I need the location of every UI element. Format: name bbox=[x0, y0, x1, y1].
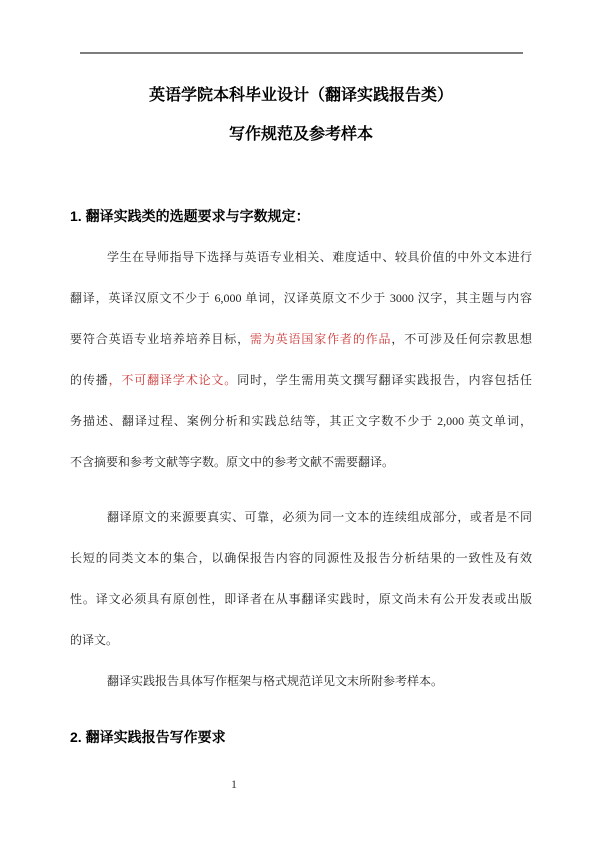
text-line: 翻译，英译汉原文不少于 6,000 单词，汉译英原文不少于 3000 汉字，其主… bbox=[70, 278, 532, 319]
section-1-heading: 1. 翻译实践类的选题要求与字数规定： bbox=[70, 205, 532, 227]
emphasis-red-text: 需为英语国家作者的作品 bbox=[250, 332, 391, 346]
emphasis-red-text: ，不可翻译学术论文。 bbox=[109, 373, 238, 387]
text-line: 要符合英语专业培养培养目标，需为英语国家作者的作品，不可涉及任何宗教思想 bbox=[70, 319, 532, 360]
text-line: 务描述、翻译过程、案例分析和实践总结等，其正文字数不少于 2,000 英文单词， bbox=[70, 401, 532, 442]
text-line: 性。译文必须具有原创性，即译者在从事翻译实践时，原文尚未有公开发表或出版 bbox=[70, 579, 532, 620]
header-rule bbox=[80, 52, 523, 54]
paragraph: 翻译原文的来源要真实、可靠，必须为同一文本的连续组成部分，或者是不同长短的同类文… bbox=[70, 497, 532, 661]
section-1-body: 学生在导师指导下选择与英语专业相关、难度适中、较具价值的中外文本进行翻译，英译汉… bbox=[70, 237, 532, 702]
body-text: 不含摘要和参考文献等字数。原文中的参考文献不需要翻译。 bbox=[70, 455, 394, 469]
text-line: 的译文。 bbox=[70, 620, 532, 661]
section-2-heading: 2. 翻译实践报告写作要求 bbox=[70, 726, 532, 748]
text-line: 翻译原文的来源要真实、可靠，必须为同一文本的连续组成部分，或者是不同 bbox=[70, 497, 532, 538]
paragraph: 学生在导师指导下选择与英语专业相关、难度适中、较具价值的中外文本进行翻译，英译汉… bbox=[70, 237, 532, 483]
body-text: 同时，学生需用英文撰写翻译实践报告，内容包括任 bbox=[237, 373, 532, 387]
body-text: ，不可涉及任何宗教思想 bbox=[391, 332, 532, 346]
body-text: 学生在导师指导下选择与英语专业相关、难度适中、较具价值的中外文本进行 bbox=[107, 250, 532, 264]
text-line: 学生在导师指导下选择与英语专业相关、难度适中、较具价值的中外文本进行 bbox=[70, 237, 532, 278]
text-line: 翻译实践报告具体写作框架与格式规范详见文末所附参考样本。 bbox=[70, 661, 532, 702]
body-text: 翻译实践报告具体写作框架与格式规范详见文末所附参考样本。 bbox=[107, 674, 443, 688]
body-text: 的译文。 bbox=[70, 633, 118, 647]
footer-page-number: 1 bbox=[231, 777, 237, 791]
document-title-line1: 英语学院本科毕业设计（翻译实践报告类） bbox=[70, 85, 532, 107]
text-line: 不含摘要和参考文献等字数。原文中的参考文献不需要翻译。 bbox=[70, 442, 532, 483]
body-text: 翻译，英译汉原文不少于 6,000 单词，汉译英原文不少于 3000 汉字，其主… bbox=[70, 291, 532, 305]
body-text: 的传播 bbox=[70, 373, 109, 387]
document-title-line2: 写作规范及参考样本 bbox=[70, 124, 532, 146]
body-text: 性。译文必须具有原创性，即译者在从事翻译实践时，原文尚未有公开发表或出版 bbox=[70, 592, 532, 606]
body-text: 长短的同类文本的集合，以确保报告内容的同源性及报告分析结果的一致性及有效 bbox=[70, 551, 532, 565]
paragraph: 翻译实践报告具体写作框架与格式规范详见文末所附参考样本。 bbox=[70, 661, 532, 702]
text-line: 的传播，不可翻译学术论文。同时，学生需用英文撰写翻译实践报告，内容包括任 bbox=[70, 360, 532, 401]
body-text: 翻译原文的来源要真实、可靠，必须为同一文本的连续组成部分，或者是不同 bbox=[107, 510, 532, 524]
document-page: 英语学院本科毕业设计（翻译实践报告类） 写作规范及参考样本 1. 翻译实践类的选… bbox=[0, 0, 595, 842]
body-text: 要符合英语专业培养培养目标， bbox=[70, 332, 250, 346]
body-text: 务描述、翻译过程、案例分析和实践总结等，其正文字数不少于 2,000 英文单词， bbox=[70, 414, 532, 428]
text-line: 长短的同类文本的集合，以确保报告内容的同源性及报告分析结果的一致性及有效 bbox=[70, 538, 532, 579]
